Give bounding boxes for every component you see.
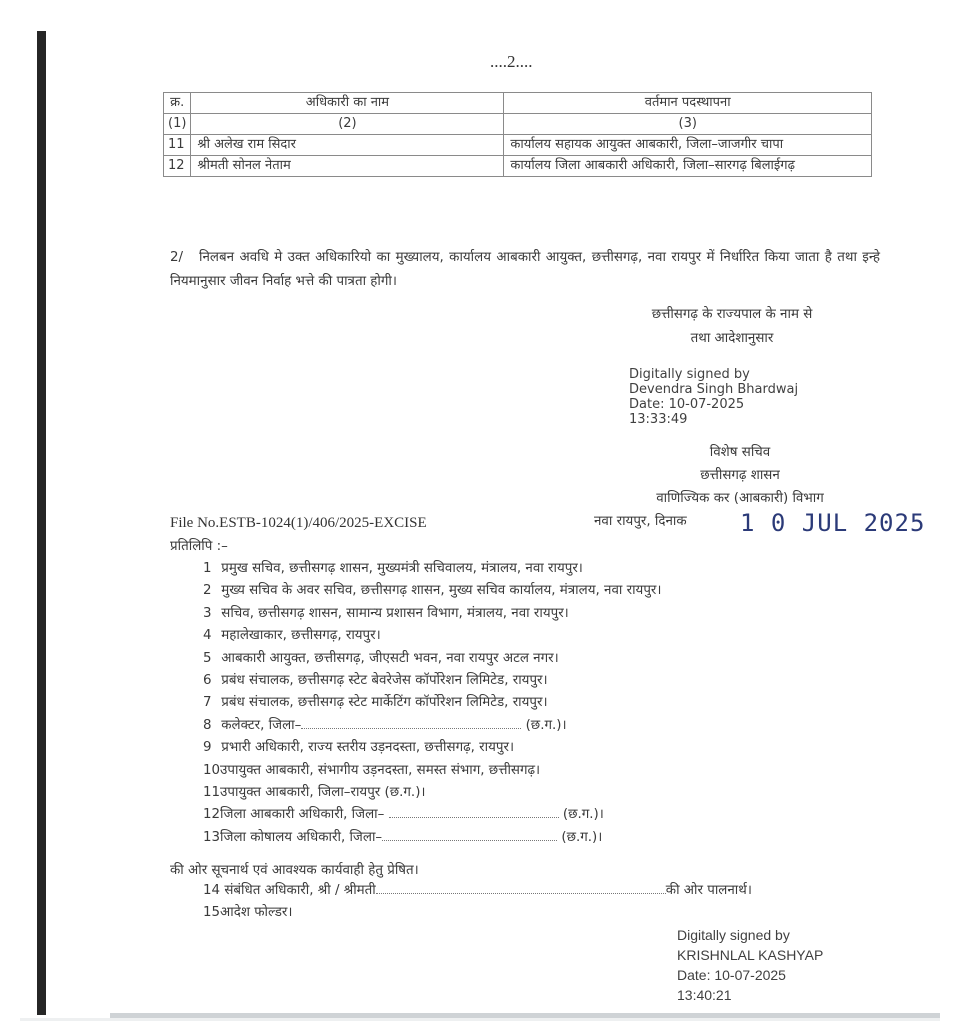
page-number: ....2.... [490, 52, 533, 72]
governor-order-line1: छत्तीसगढ़ के राज्यपाल के नाम से [612, 304, 852, 322]
list-item: 4 महालेखाकार, छत्तीसगढ़, रायपुर। [203, 625, 661, 647]
digital-signature-1: Digitally signed by Devendra Singh Bhard… [629, 367, 798, 427]
designation-department: वाणिज्यिक कर (आबकारी) विभाग [585, 488, 895, 506]
signature2-date: Date: 10-07-2025 [677, 965, 823, 985]
colnum-2: (2) [191, 114, 504, 135]
list-item: 11उपायुक्त आबकारी, जिला–रायपुर (छ.ग.)। [203, 782, 661, 804]
copy-list: 1 प्रमुख सचिव, छत्तीसगढ़ शासन, मुख्यमंत्… [203, 558, 661, 849]
list-item: 1 प्रमुख सचिव, छत्तीसगढ़ शासन, मुख्यमंत्… [203, 558, 661, 580]
list-item: 2 मुख्य सचिव के अवर सचिव, छत्तीसगढ़ शासन… [203, 580, 661, 602]
header-name: अधिकारी का नाम [191, 93, 504, 114]
colnum-3: (3) [504, 114, 872, 135]
blank-line [389, 807, 559, 818]
file-number: File No.ESTB-1024(1)/406/2025-EXCISE [170, 515, 427, 532]
list-item: 15आदेश फोल्डर। [203, 902, 752, 924]
copy-list-2: 14 संबंधित अधिकारी, श्री / श्रीमतीकी ओर … [203, 880, 752, 924]
signature1-name: Devendra Singh Bhardwaj [629, 382, 798, 397]
list-item: 12जिला आबकारी अधिकारी, जिला– (छ.ग.)। [203, 804, 661, 826]
table-row: 11 श्री अलेख राम सिदार कार्यालय सहायक आय… [164, 135, 872, 156]
table-column-number-row: (1) (2) (3) [164, 114, 872, 135]
forward-text: की ओर सूचनार्थ एवं आवश्यक कार्यवाही हेतु… [170, 860, 419, 878]
header-posting: वर्तमान पदस्थापना [504, 93, 872, 114]
list-item: 9 प्रभारी अधिकारी, राज्य स्तरीय उड़नदस्त… [203, 737, 661, 759]
signature1-label: Digitally signed by [629, 367, 798, 382]
officers-table: क्र. अधिकारी का नाम वर्तमान पदस्थापना (1… [163, 92, 872, 177]
header-sno: क्र. [164, 93, 191, 114]
row-posting: कार्यालय जिला आबकारी अधिकारी, जिला–सारगढ… [504, 156, 872, 177]
signature2-time: 13:40:21 [677, 985, 823, 1005]
signature2-name: KRISHNLAL KASHYAP [677, 945, 823, 965]
table-header-row: क्र. अधिकारी का नाम वर्तमान पदस्थापना [164, 93, 872, 114]
list-item: 5 आबकारी आयुक्त, छत्तीसगढ़, जीएसटी भवन, … [203, 648, 661, 670]
paragraph-number: 2/ [170, 250, 183, 265]
list-item: 14 संबंधित अधिकारी, श्री / श्रीमतीकी ओर … [203, 880, 752, 902]
signature1-date: Date: 10-07-2025 [629, 397, 798, 412]
blank-line [301, 718, 521, 729]
table-row: 12 श्रीमती सोनल नेताम कार्यालय जिला आबका… [164, 156, 872, 177]
copy-heading: प्रतिलिपि :– [170, 536, 228, 554]
signature1-time: 13:33:49 [629, 412, 798, 427]
paragraph-text: निलबन अवधि मे उक्त अधिकारियो का मुख्यालय… [170, 250, 880, 289]
list-item: 7 प्रबंध संचालक, छत्तीसगढ़ स्टेट मार्केट… [203, 692, 661, 714]
place-date-label: नवा रायपुर, दिनाक [594, 511, 687, 529]
list-item: 3 सचिव, छत्तीसगढ़ शासन, सामान्य प्रशासन … [203, 603, 661, 625]
digital-signature-2: Digitally signed by KRISHNLAL KASHYAP Da… [677, 925, 823, 1005]
left-edge-bar [37, 31, 46, 1015]
row-name: श्रीमती सोनल नेताम [191, 156, 504, 177]
list-item: 13जिला कोषालय अधिकारी, जिला– (छ.ग.)। [203, 827, 661, 849]
governor-order-line2: तथा आदेशानुसार [612, 328, 852, 346]
row-posting: कार्यालय सहायक आयुक्त आबकारी, जिला–जाजगी… [504, 135, 872, 156]
row-name: श्री अलेख राम सिदार [191, 135, 504, 156]
blank-line [382, 830, 557, 841]
row-sno: 11 [164, 135, 191, 156]
bottom-edge [20, 1018, 940, 1021]
date-stamp: 1 0 JUL 2025 [740, 509, 925, 537]
designation-government: छत्तीसगढ़ शासन [630, 465, 850, 483]
row-sno: 12 [164, 156, 191, 177]
list-item: 8 कलेक्टर, जिला– (छ.ग.)। [203, 715, 661, 737]
colnum-1: (1) [164, 114, 191, 135]
signature2-label: Digitally signed by [677, 925, 823, 945]
list-item: 6 प्रबंध संचालक, छत्तीसगढ़ स्टेट बेवरेजे… [203, 670, 661, 692]
blank-line [376, 883, 666, 894]
designation-title: विशेष सचिव [640, 442, 840, 460]
suspension-paragraph: 2/निलबन अवधि मे उक्त अधिकारियो का मुख्या… [170, 246, 880, 294]
list-item: 10उपायुक्त आबकारी, संभागीय उड़नदस्ता, सम… [203, 760, 661, 782]
